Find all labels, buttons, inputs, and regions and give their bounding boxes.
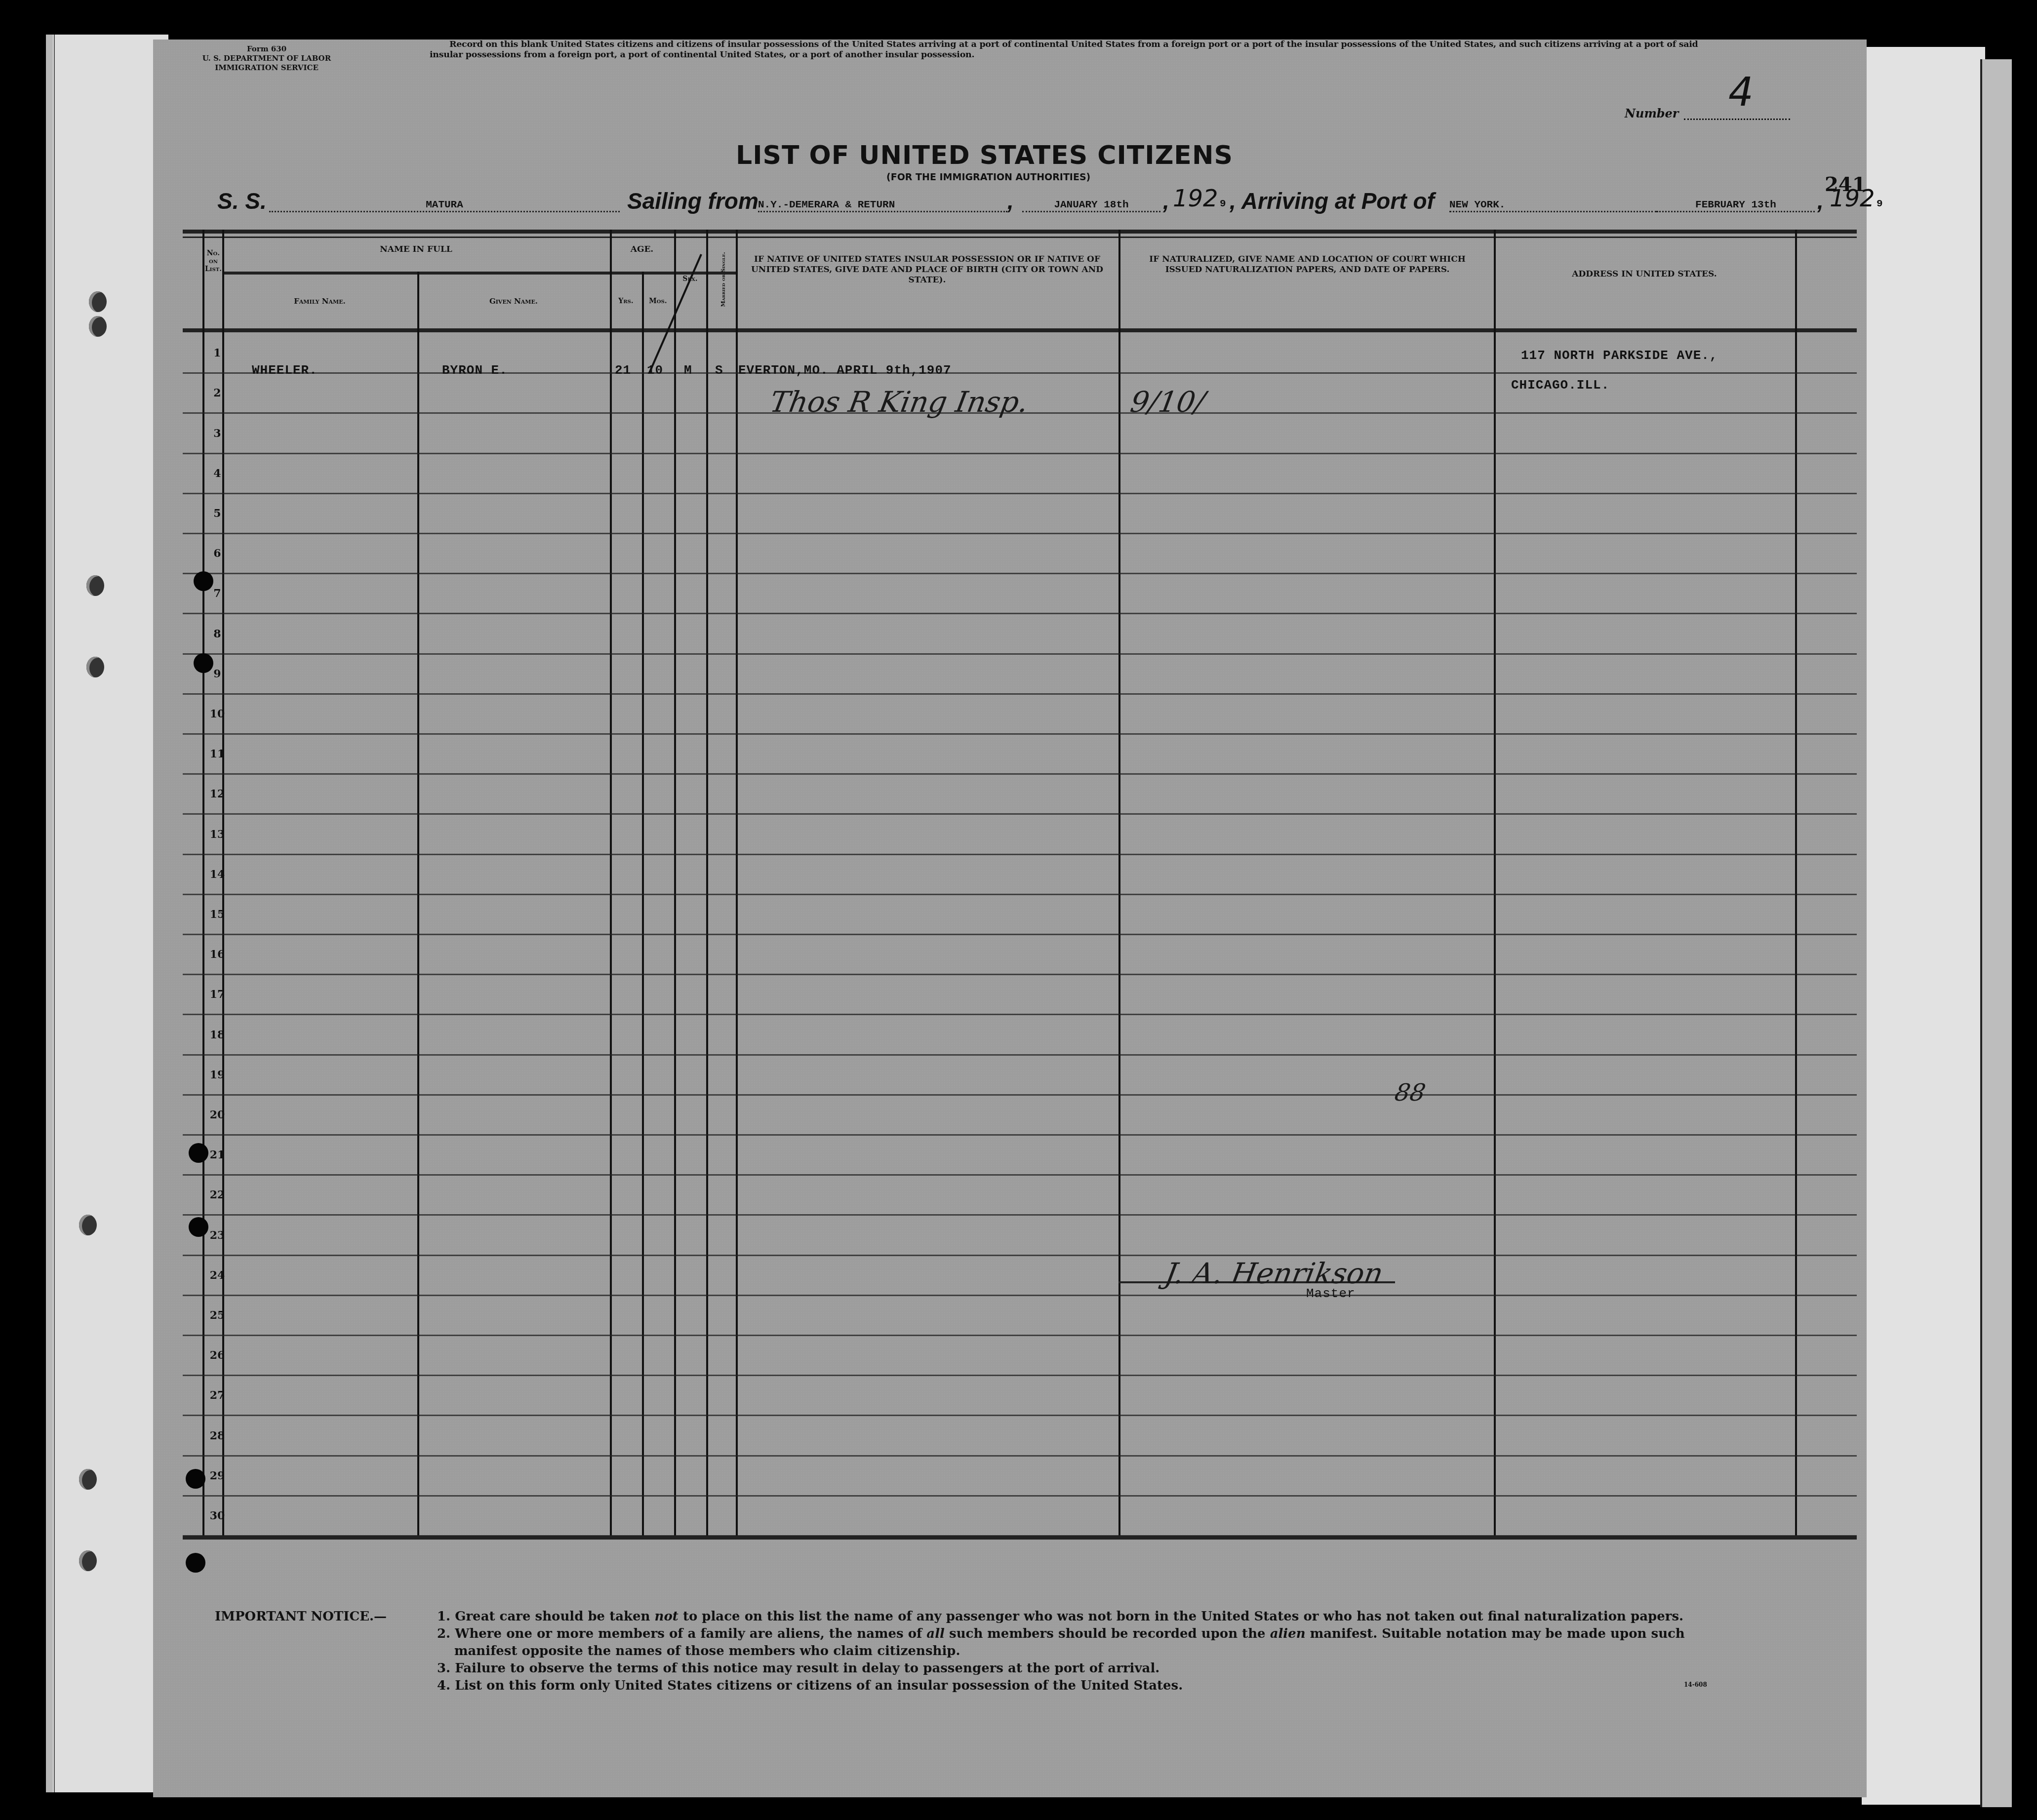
row-rule xyxy=(183,894,1857,895)
arrival-year-digit: 9 xyxy=(1877,198,1883,210)
arrival-year-prefix: 192 xyxy=(1830,185,1875,212)
arrival-port: NEW YORK. xyxy=(1449,199,1657,212)
row-rule xyxy=(183,1535,1857,1537)
row-rule xyxy=(183,1335,1857,1336)
row-rule xyxy=(183,1455,1857,1457)
row-number: 19 xyxy=(202,1068,232,1081)
punch-hole-icon xyxy=(186,1469,205,1489)
row-number: 12 xyxy=(202,788,232,800)
number-field-line xyxy=(1684,119,1790,120)
underlying-page-edge xyxy=(1862,47,1985,1805)
sailing-year-prefix: 192 xyxy=(1173,185,1218,212)
row-number: 27 xyxy=(202,1389,232,1402)
row-rule xyxy=(183,1014,1857,1015)
row-number: 18 xyxy=(202,1029,232,1041)
inspector-signature: Thos R King Insp. xyxy=(767,385,1031,419)
binding-margin xyxy=(52,35,168,1792)
row-number: 4 xyxy=(202,467,232,480)
row-number: 3 xyxy=(202,427,232,440)
form-instructions: Record on this blank United States citiz… xyxy=(430,40,1733,60)
page-title: LIST OF UNITED STATES CITIZENS xyxy=(736,141,1233,170)
header-married-single: Married or Single. xyxy=(720,242,726,317)
row-number: 29 xyxy=(202,1469,232,1482)
sailing-from: N.Y.-DEMERARA & RETURN xyxy=(758,199,1007,212)
row-number: 20 xyxy=(202,1108,232,1121)
row-rule xyxy=(183,493,1857,494)
entry-marital: S xyxy=(715,363,723,378)
row-rule xyxy=(183,1134,1857,1136)
row-number: 16 xyxy=(202,948,232,961)
row-number: 11 xyxy=(202,748,232,760)
row-rule xyxy=(183,1214,1857,1216)
header-given-name: Given Name. xyxy=(417,296,610,307)
row-number: 26 xyxy=(202,1349,232,1362)
row-number: 1 xyxy=(202,347,232,359)
binder-hole-icon xyxy=(86,657,104,677)
row-rule xyxy=(183,1295,1857,1296)
row-number: 28 xyxy=(202,1429,232,1442)
inspector-date: 9/10/ xyxy=(1128,385,1208,419)
row-rule xyxy=(183,693,1857,695)
punch-hole-icon xyxy=(194,571,213,591)
row-rule xyxy=(183,653,1857,655)
service-name: IMMIGRATION SERVICE xyxy=(153,63,380,73)
sailing-year-digit: 9 xyxy=(1220,198,1226,210)
header-name-in-full: NAME IN FULL xyxy=(222,244,610,255)
page-subtitle: (FOR THE IMMIGRATION AUTHORITIES) xyxy=(886,172,1090,183)
row-rule xyxy=(183,573,1857,574)
entry-family-name: WHEELER. xyxy=(252,363,318,378)
sailing-date: JANUARY 18th xyxy=(1022,199,1160,212)
binder-hole-icon xyxy=(89,291,107,312)
entry-address-line2: CHICAGO.ILL. xyxy=(1511,378,1609,393)
row-rule xyxy=(183,773,1857,775)
row-rule xyxy=(183,1255,1857,1256)
row-number: 10 xyxy=(202,708,232,720)
notice-item-2: 2. Where one or more members of a family… xyxy=(437,1626,1869,1642)
notice-item-4: 4. List on this form only United States … xyxy=(437,1678,1869,1694)
row-rule xyxy=(183,733,1857,735)
manifest-page: Form 630 U. S. DEPARTMENT OF LABOR IMMIG… xyxy=(153,40,1867,1797)
master-signature: J. A. Henrikson xyxy=(1162,1257,1386,1290)
punch-hole-icon xyxy=(194,653,213,673)
header-address: ADDRESS IN UNITED STATES. xyxy=(1494,269,1795,279)
department-name: U. S. DEPARTMENT OF LABOR xyxy=(153,54,380,63)
binder-hole-icon xyxy=(79,1550,97,1571)
form-identifier: Form 630 U. S. DEPARTMENT OF LABOR IMMIG… xyxy=(153,44,380,73)
row-number: 25 xyxy=(202,1309,232,1322)
header-naturalized: IF NATURALIZED, GIVE NAME AND LOCATION O… xyxy=(1131,254,1484,275)
row-rule xyxy=(183,934,1857,935)
row-rule xyxy=(183,1415,1857,1416)
header-birth: IF NATIVE OF UNITED STATES INSULAR POSSE… xyxy=(746,254,1109,285)
row-rule xyxy=(183,813,1857,815)
voyage-line: S. S. MATURA Sailing from N.Y.-DEMERARA … xyxy=(188,188,1842,222)
row-number: 13 xyxy=(202,828,232,841)
number-label: Number xyxy=(1625,106,1678,120)
entry-age-yrs: 21 xyxy=(615,363,631,378)
punch-hole-icon xyxy=(189,1217,208,1237)
row-number: 14 xyxy=(202,868,232,881)
row-rule xyxy=(183,372,1857,374)
handwritten-mark: 88 xyxy=(1393,1079,1428,1107)
arrival-date: FEBRUARY 13th xyxy=(1657,199,1815,212)
row-rule xyxy=(183,1174,1857,1176)
underlying-page-edge-outer xyxy=(1980,59,2012,1807)
binder-hole-icon xyxy=(89,316,107,337)
pen-stroke-icon xyxy=(642,249,711,378)
entry-birth: EVERTON,MO. APRIL 9th,1907 xyxy=(738,363,952,378)
notice-item-3: 3. Failure to observe the terms of this … xyxy=(437,1661,1869,1677)
row-number: 30 xyxy=(202,1509,232,1522)
row-rule xyxy=(183,1375,1857,1376)
binder-hole-icon xyxy=(79,1469,97,1490)
punch-hole-icon xyxy=(189,1143,208,1163)
binder-hole-icon xyxy=(86,575,104,596)
sailing-label: Sailing from xyxy=(627,188,759,214)
citizens-table: No. on List. NAME IN FULL Family Name. G… xyxy=(183,230,1857,1548)
row-number: 22 xyxy=(202,1188,232,1201)
row-rule xyxy=(183,1094,1857,1096)
row-number: 24 xyxy=(202,1269,232,1282)
arriving-label: , Arriving at Port of xyxy=(1230,188,1435,214)
row-rule xyxy=(183,453,1857,454)
row-number: 8 xyxy=(202,628,232,640)
notice-item-1: 1. Great care should be taken not to pla… xyxy=(437,1609,1869,1625)
notice-item-2-continued: manifest opposite the names of those mem… xyxy=(454,1643,1886,1660)
row-number: 2 xyxy=(202,387,232,399)
row-rule xyxy=(183,974,1857,975)
row-number: 5 xyxy=(202,507,232,520)
row-number: 17 xyxy=(202,988,232,1001)
master-label: Master xyxy=(1306,1286,1356,1301)
binder-hole-icon xyxy=(79,1215,97,1235)
entry-address-line1: 117 NORTH PARKSIDE AVE., xyxy=(1521,348,1717,363)
ss-label: S. S. xyxy=(217,188,267,214)
form-code: 14-608 xyxy=(1684,1681,1707,1688)
row-number: 15 xyxy=(202,908,232,921)
header-age-yrs: Yrs. xyxy=(610,296,642,307)
row-rule xyxy=(183,613,1857,614)
list-number: 4 xyxy=(1728,69,1754,115)
row-rule xyxy=(183,533,1857,534)
row-rule xyxy=(183,1054,1857,1056)
notice-lead: IMPORTANT NOTICE.— xyxy=(215,1609,387,1625)
row-rule xyxy=(183,1495,1857,1497)
header-family-name: Family Name. xyxy=(222,296,417,307)
row-rule xyxy=(183,854,1857,855)
header-no-on-list: No. on List. xyxy=(203,249,223,273)
ship-name: MATURA xyxy=(269,199,620,212)
entry-given-name: BYRON E. xyxy=(442,363,508,378)
row-number: 6 xyxy=(202,547,232,560)
form-number: Form 630 xyxy=(153,44,380,54)
punch-hole-icon xyxy=(186,1553,205,1573)
